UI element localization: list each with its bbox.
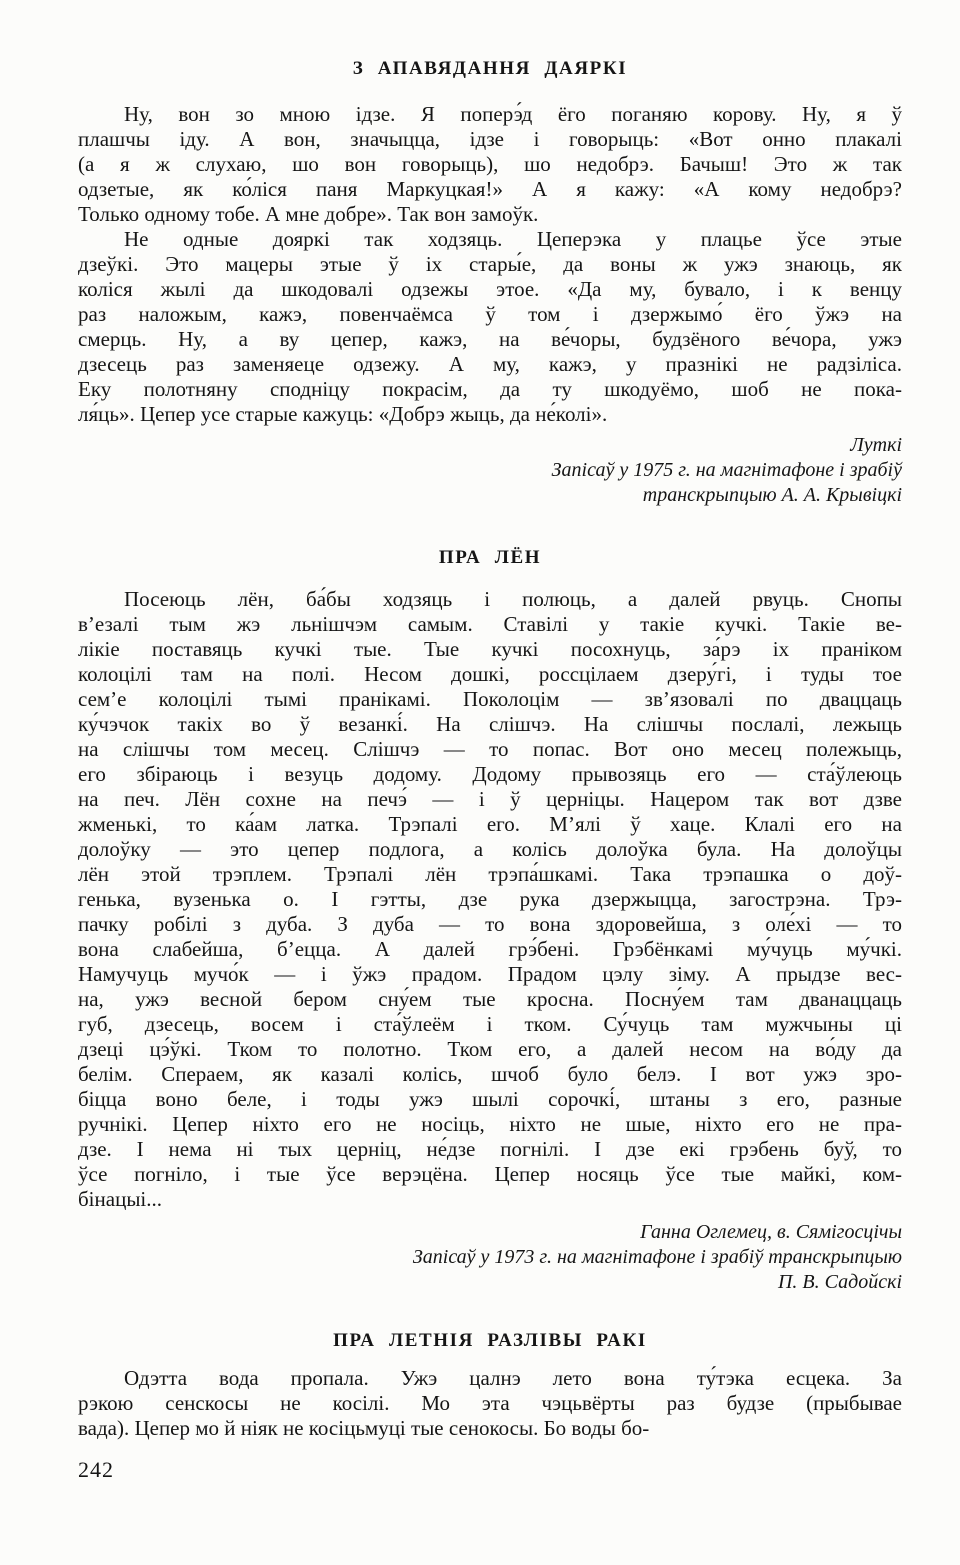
- text-line: біцца воно беле, і тоды ужэ шылі сорочкі…: [78, 1087, 902, 1112]
- text-line: рэкою сенскосы не косілі. Мо эта чэцьвёр…: [78, 1391, 902, 1416]
- text-line: дзесець раз заменяеце одзежу. А му, кажэ…: [78, 352, 902, 377]
- text-line: сем’е колоцілі тымі пранікамі. Поколоцім…: [78, 687, 902, 712]
- text-line: дзе. І нема ні тых церніц, не́дзе погніл…: [78, 1137, 902, 1162]
- text-line: вона слабейша, б’ецца. А далей грэ́бені.…: [78, 937, 902, 962]
- text-line: Намучуць мучо́к — і ўжэ прадом. Прадом ц…: [78, 962, 902, 987]
- text-line: на печ. Лён сохне на печэ́ — і ў церніцы…: [78, 787, 902, 812]
- book-page: З АПАВЯДАННЯ ДАЯРКІ Ну, вон зо мною ідзе…: [0, 0, 960, 1565]
- text-line: на слішчы том месец. Слішчэ — то попас. …: [78, 737, 902, 762]
- text-line: Запісаў у 1973 г. на магнітафоне і зрабі…: [78, 1245, 902, 1270]
- text-line: жменькі, то ка́ам латка. Трэпалі его. М’…: [78, 812, 902, 837]
- text-line: (а я ж слухаю, шо вон говорыць), шо недо…: [78, 152, 902, 177]
- paragraph: Посеюць лён, ба́бы ходзяць і полюць, а д…: [78, 587, 902, 1212]
- text-line: лікіе поставяць кучкі тые. Тые кучкі пос…: [78, 637, 902, 662]
- text-line: генька, вузенька о. І гэтты, дзе рука дз…: [78, 887, 902, 912]
- paragraph: Не одные дояркі так ходзяць. Цеперэка у …: [78, 227, 902, 427]
- text-line: П. В. Садойскі: [78, 1270, 902, 1295]
- text-line: Ну, вон зо мною ідзе. Я поперэ́д ёго пог…: [78, 102, 902, 127]
- text-line: коліся жылі да шкодовалі одзежы этое. «Д…: [78, 277, 902, 302]
- text-line: лён этой трэплем. Трэпалі лён трэпа́шкам…: [78, 862, 902, 887]
- text-line: долоўку — это цепер подлога, а колісь до…: [78, 837, 902, 862]
- text-line: Луткі: [78, 433, 902, 458]
- text-line: белім. Спераем, як казалі колісь, шчоб б…: [78, 1062, 902, 1087]
- text-line: бінацыі...: [78, 1187, 902, 1212]
- text-line: транскрыпцыю А. А. Крывіцкі: [78, 483, 902, 508]
- text-line: смерць. Ну, а ву цепер, кажэ, на ве́чоры…: [78, 327, 902, 352]
- text-line: его збіраюць і везуць додому. Додому пры…: [78, 762, 902, 787]
- text-line: дзеці цэ́ўкі. Тком то полотно. Тком его,…: [78, 1037, 902, 1062]
- text-line: ля́ць». Цепер усе старые кажуць: «Добрэ …: [78, 402, 902, 427]
- text-line: Не одные дояркі так ходзяць. Цеперэка у …: [78, 227, 902, 252]
- paragraph: Одэтта вода пропала. Ужэ цалнэ лето вона…: [78, 1366, 902, 1441]
- page-number: 242: [78, 1457, 902, 1483]
- text-line: дзеўкі. Это мацеры этые ў іх стары́е, да…: [78, 252, 902, 277]
- text-line: пачку робілі з дуба. З дуба — то вона зд…: [78, 912, 902, 937]
- recording-attribution: Ганна Оглемец, в. СямігосцічыЗапісаў у 1…: [78, 1220, 902, 1295]
- section-title-milkmaid-story: З АПАВЯДАННЯ ДАЯРКІ: [78, 57, 902, 80]
- text-line: Запісаў у 1975 г. на магнітафоне і зрабі…: [78, 458, 902, 483]
- text-line: на, ужэ весной бером сну́ем тые кросна. …: [78, 987, 902, 1012]
- text-line: плашчы іду. А вон, значыцца, ідзе і гово…: [78, 127, 902, 152]
- text-line: Только одному тобе. А мне добре». Так во…: [78, 202, 902, 227]
- text-line: одзетые, як ко́ліся паня Маркуцкая!» А я…: [78, 177, 902, 202]
- recording-attribution: ЛуткіЗапісаў у 1975 г. на магнітафоне і …: [78, 433, 902, 508]
- text-line: ўсе погніло, і тые ўсе верэцёна. Цепер н…: [78, 1162, 902, 1187]
- text-line: Еку полотняну сподніцу покрасім, да ту ш…: [78, 377, 902, 402]
- text-line: Одэтта вода пропала. Ужэ цалнэ лето вона…: [78, 1366, 902, 1391]
- section-title-summer-floods: ПРА ЛЕТНІЯ РАЗЛІВЫ РАКІ: [78, 1329, 902, 1352]
- text-line: колоцілі там на полі. Несом дошкі, россц…: [78, 662, 902, 687]
- section-title-about-flax: ПРА ЛЁН: [78, 546, 902, 569]
- text-line: вада). Цепер мо й ніяк не косіцьмуці тые…: [78, 1416, 902, 1441]
- text-line: раз наложым, кажэ, повенчаёмса ў том і д…: [78, 302, 902, 327]
- paragraph: Ну, вон зо мною ідзе. Я поперэ́д ёго пог…: [78, 102, 902, 227]
- text-line: ку́чэчок такіх во ў везанкі́. На слішчэ.…: [78, 712, 902, 737]
- text-line: Ганна Оглемец, в. Сямігосцічы: [78, 1220, 902, 1245]
- text-line: в’езалі тым жэ льнішчэм самым. Ставілі у…: [78, 612, 902, 637]
- text-line: Посеюць лён, ба́бы ходзяць і полюць, а д…: [78, 587, 902, 612]
- text-line: ручнікі. Цепер ніхто его не носіць, ніхт…: [78, 1112, 902, 1137]
- text-line: губ, дзесець, восем і ста́ўлеём і тком. …: [78, 1012, 902, 1037]
